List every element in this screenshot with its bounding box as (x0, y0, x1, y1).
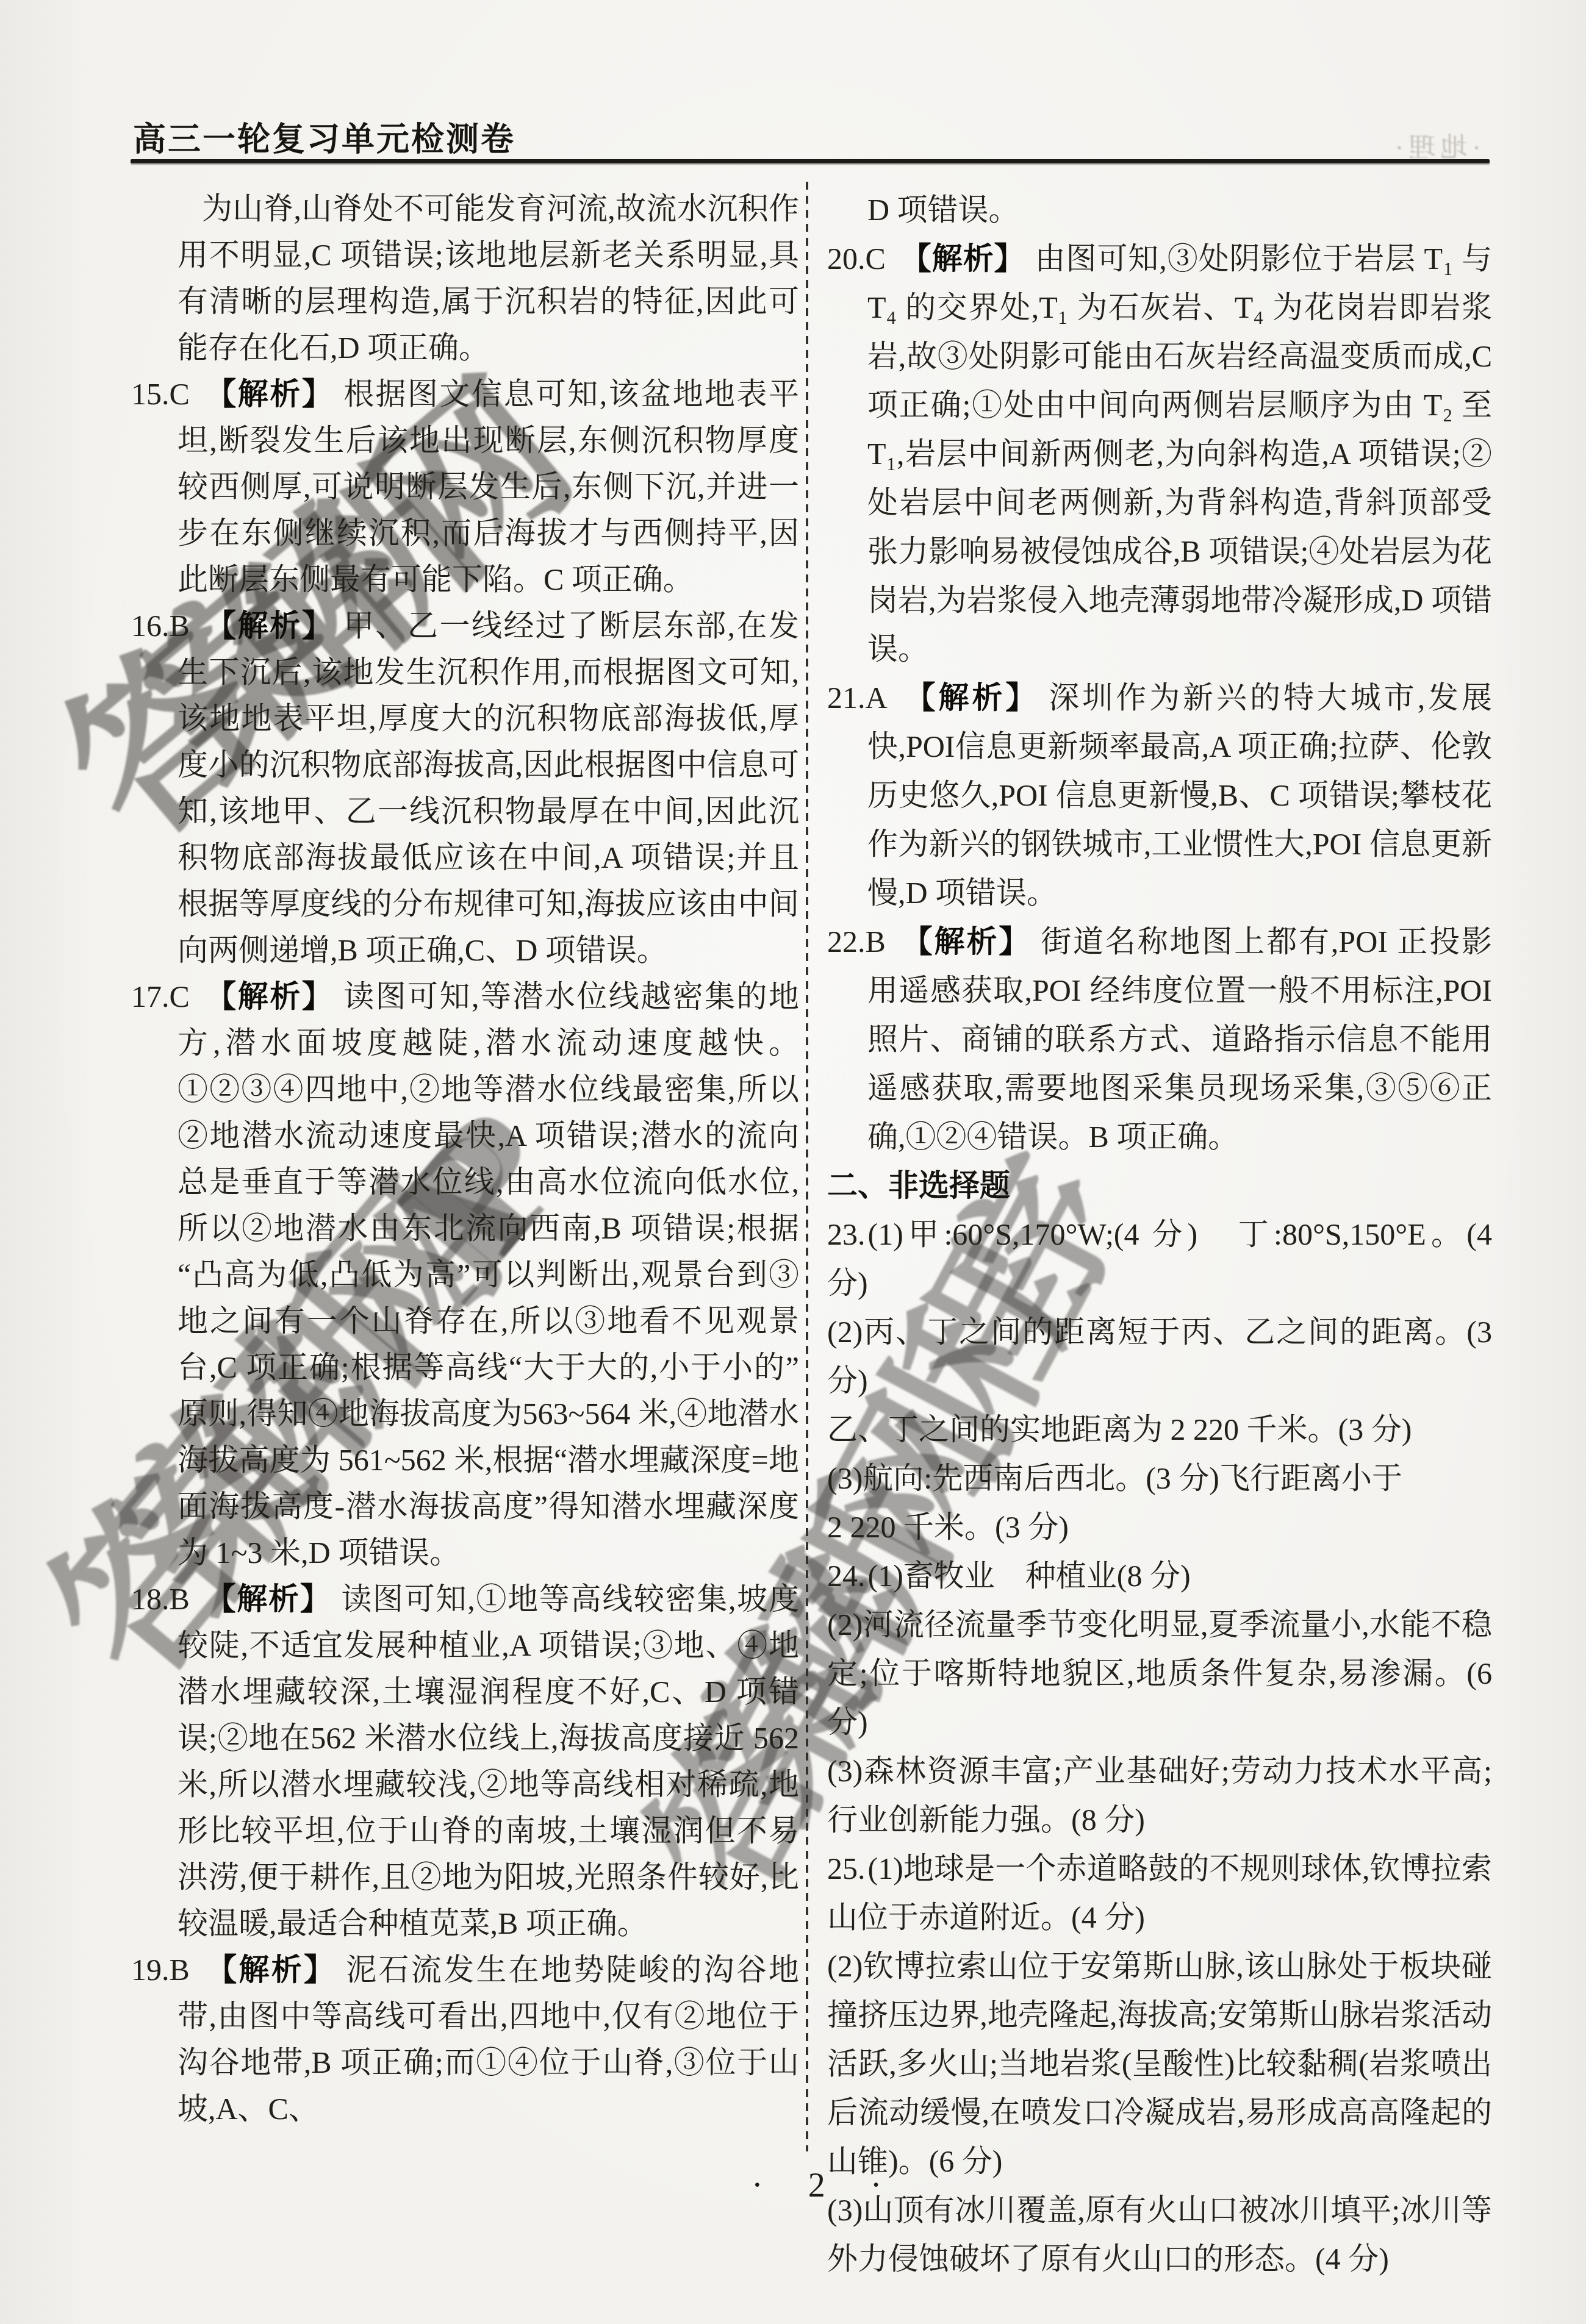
jiexi-marker: 【解析】 (902, 681, 1039, 715)
jiexi-marker: 【解析】 (204, 377, 334, 411)
item-number: 22.B (827, 924, 886, 959)
answer-text: (3)山顶有冰川覆盖,原有火山口被冰川填平;冰川等外力侵蚀破坏了原有火山口的形态… (827, 2193, 1492, 2276)
header-rule (131, 159, 1490, 163)
answer-item-23-part3: (3)航向:先西南后西北。(3 分)飞行距离小于 (827, 1454, 1492, 1503)
answer-item-24-part3: (3)森林资源丰富;产业基础好;劳动力技术水平高;行业创新能力强。(8 分) (827, 1747, 1492, 1844)
jiexi-marker: 【解析】 (204, 609, 334, 643)
answer-text: 为山脊,山脊处不可能发育河流,故流水沉积作用不明显,C 项错误;该地地层新老关系… (178, 191, 799, 365)
section-heading-text: 二、非选择题 (827, 1168, 1010, 1203)
answer-text: (2)钦博拉索山位于安第斯山脉,该山脉处于板块碰撞挤压边界,地壳隆起,海拔高;安… (827, 1949, 1492, 2178)
right-column: D 项错误。 20.C【解析】由图可知,③处阴影位于岩层 T₁ 与 T₄ 的交界… (827, 185, 1492, 2283)
answer-item-24-part1: 24.(1)畜牧业 种植业(8 分) (827, 1551, 1492, 1600)
item-number: 16.B (131, 609, 190, 643)
answer-item-18: 18.B【解析】读图可知,①地等高线较密集,坡度较陡,不适宜发展种植业,A 项错… (131, 1576, 799, 1947)
answer-item-20: 20.C【解析】由图可知,③处阴影位于岩层 T₁ 与 T₄ 的交界处,T₁ 为石… (827, 234, 1492, 673)
answer-text: 深圳作为新兴的特大城市,发展快,POI信息更新频率最高,A 项正确;拉萨、伦敦历… (867, 681, 1492, 910)
answer-item-25-part2: (2)钦博拉索山位于安第斯山脉,该山脉处于板块碰撞挤压边界,地壳隆起,海拔高;安… (827, 1942, 1492, 2186)
item-number: 19.B (131, 1953, 190, 1987)
answer-item-23-part3-continuation: 2 220 千米。(3 分) (827, 1503, 1492, 1551)
answer-item-16: 16.B【解析】甲、乙一线经过了断层东部,在发生下沉后,该地发生沉积作用,而根据… (131, 602, 799, 973)
answer-item-25-part3: (3)山顶有冰川覆盖,原有火山口被冰川填平;冰川等外力侵蚀破坏了原有火山口的形态… (827, 2186, 1492, 2283)
item-number: 20.C (827, 241, 886, 276)
answer-item-17: 17.C【解析】读图可知,等潜水位线越密集的地方,潜水面坡度越陡,潜水流动速度越… (131, 973, 799, 1576)
answer-item-20-lead: D 项错误。 (867, 185, 1492, 234)
item-number: 25. (827, 1851, 866, 1886)
item-number: 18.B (131, 1582, 190, 1616)
answer-text: 读图可知,①地等高线较密集,坡度较陡,不适宜发展种植业,A 项错误;③地、④地潜… (178, 1582, 799, 1940)
answer-text: D 项错误。 (867, 193, 1019, 227)
left-column: 为山脊,山脊处不可能发育河流,故流水沉积作用不明显,C 项错误;该地地层新老关系… (131, 185, 799, 2132)
answer-text: (3)森林资源丰富;产业基础好;劳动力技术水平高;行业创新能力强。(8 分) (827, 1754, 1492, 1837)
answer-text: (2)丙、丁之间的距离短于丙、乙之间的距离。(3 分) (827, 1315, 1492, 1398)
item-number: 24. (827, 1559, 866, 1593)
item-number: 23. (827, 1217, 866, 1251)
answer-text: (1)地球是一个赤道略鼓的不规则球体,钦博拉索山位于赤道附近。(4 分) (827, 1851, 1492, 1934)
jiexi-marker: 【解析】 (900, 924, 1031, 959)
answer-text: 乙、丁之间的实地距离为 2 220 千米。(3 分) (827, 1412, 1412, 1446)
answer-item-23-part2: (2)丙、丁之间的距离短于丙、乙之间的距离。(3 分) (827, 1307, 1492, 1405)
answer-text: 街道名称地图上都有,POI 正投影用遥感获取,POI 经纬度位置一般不用标注,P… (867, 924, 1492, 1154)
item-number: 17.C (131, 979, 190, 1014)
jiexi-marker: 【解析】 (204, 1953, 336, 1987)
answer-item-25-part1: 25.(1)地球是一个赤道略鼓的不规则球体,钦博拉索山位于赤道附近。(4 分) (827, 1844, 1492, 1942)
subject-bleed-through-text: ·地理· (1359, 126, 1481, 165)
answer-item-23-part2-continuation: 乙、丁之间的实地距离为 2 220 千米。(3 分) (827, 1405, 1492, 1454)
answer-text: (2)河流径流量季节变化明显,夏季流量小,水能不稳定;位于喀斯特地貌区,地质条件… (827, 1607, 1492, 1739)
answer-item-23-part1: 23.(1)甲:60°S,170°W;(4 分) 丁:80°S,150°E。(4… (827, 1210, 1492, 1307)
answer-item-24-part2: (2)河流径流量季节变化明显,夏季流量小,水能不稳定;位于喀斯特地貌区,地质条件… (827, 1600, 1492, 1747)
jiexi-marker: 【解析】 (900, 241, 1025, 276)
answer-item-22: 22.B【解析】街道名称地图上都有,POI 正投影用遥感获取,POI 经纬度位置… (827, 917, 1492, 1161)
answer-text: (3)航向:先西南后西北。(3 分)飞行距离小于 (827, 1461, 1402, 1495)
column-divider-dashed-line (806, 182, 808, 2151)
item-number: 15.C (131, 377, 190, 411)
answer-text: 读图可知,等潜水位线越密集的地方,潜水面坡度越陡,潜水流动速度越快。①②③④四地… (178, 979, 799, 1570)
answer-text: (1)甲:60°S,170°W;(4 分) 丁:80°S,150°E。(4 分) (827, 1217, 1492, 1300)
answer-item-19: 19.B【解析】泥石流发生在地势陡峻的沟谷地带,由图中等高线可看出,四地中,仅有… (131, 1947, 799, 2132)
page-number: · 2 · (752, 2166, 900, 2205)
item-number: 21.A (827, 681, 888, 715)
scanned-answer-page: { "header": { "title": "高三一轮复习单元检测卷", "s… (0, 0, 1586, 2324)
answer-text: 2 220 千米。(3 分) (827, 1510, 1069, 1544)
answer-item-21: 21.A【解析】深圳作为新兴的特大城市,发展快,POI信息更新频率最高,A 项正… (827, 673, 1492, 917)
answer-text: 甲、乙一线经过了断层东部,在发生下沉后,该地发生沉积作用,而根据图文可知,该地地… (178, 609, 799, 967)
answer-text: (1)畜牧业 种植业(8 分) (868, 1559, 1191, 1593)
jiexi-marker: 【解析】 (204, 979, 334, 1014)
answer-text: 由图可知,③处阴影位于岩层 T₁ 与 T₄ 的交界处,T₁ 为石灰岩、T₄ 为花… (867, 241, 1492, 666)
page-title: 高三一轮复习单元检测卷 (133, 113, 515, 160)
jiexi-marker: 【解析】 (204, 1582, 332, 1616)
section-heading-non-choice: 二、非选择题 (827, 1161, 1492, 1210)
answer-item-14-continuation: 为山脊,山脊处不可能发育河流,故流水沉积作用不明显,C 项错误;该地地层新老关系… (178, 185, 799, 371)
answer-item-15: 15.C【解析】根据图文信息可知,该盆地地表平坦,断裂发生后该地出现断层,东侧沉… (131, 371, 799, 602)
